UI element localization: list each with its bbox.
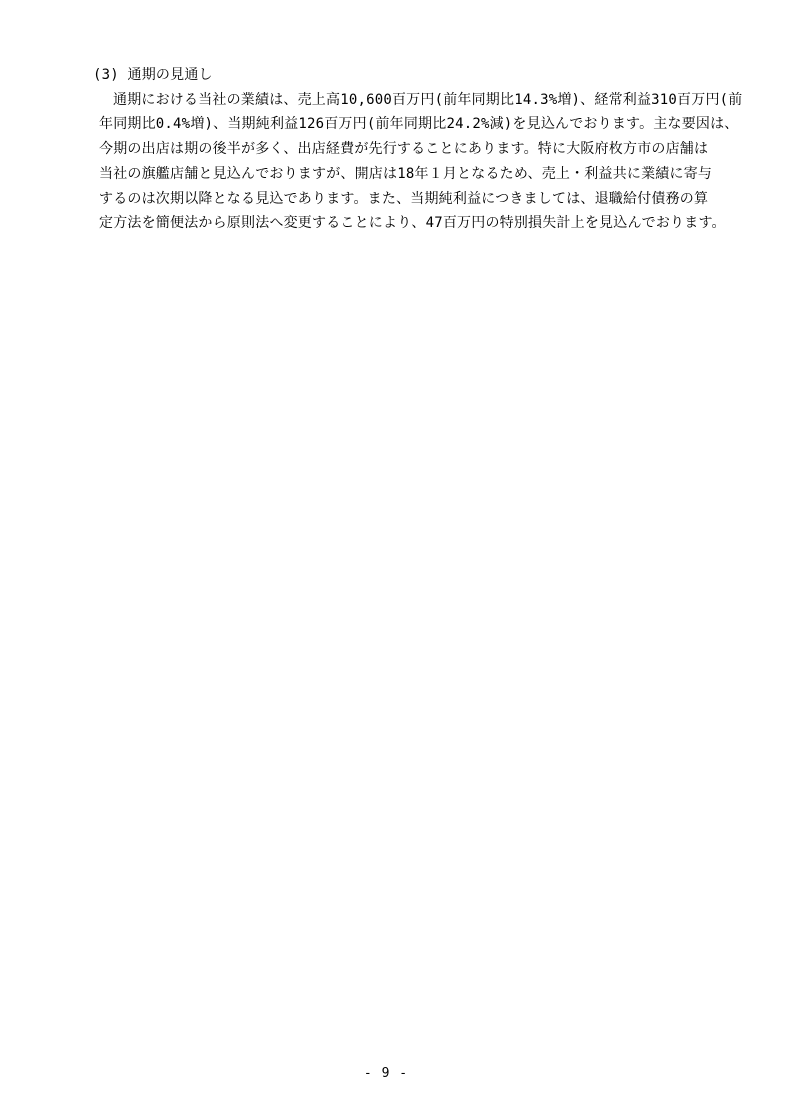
page-content: (3) 通期の見通し 通期における当社の業績は、売上高10,600百万円(前年同… [0,0,790,236]
paragraph-line: 通期における当社の業績は、売上高10,600百万円(前年同期比14.3%増)、経… [99,88,710,113]
paragraph-line: するのは次期以降となる見込であります。また、当期純利益につきましては、退職給付債… [99,187,710,212]
page-number: - 9 - [0,1061,781,1086]
paragraph-line: 定方法を簡便法から原則法へ変更することにより、47百万円の特別損失計上を見込んで… [99,211,710,236]
section-heading: (3) 通期の見通し [93,63,710,88]
paragraph-line: 当社の旗艦店舗と見込んでおりますが、開店は18年１月となるため、売上・利益共に業… [99,162,710,187]
document-page: (3) 通期の見通し 通期における当社の業績は、売上高10,600百万円(前年同… [0,0,790,1118]
paragraph-line: 年同期比0.4%増)、当期純利益126百万円(前年同期比24.2%減)を見込んで… [99,112,710,137]
body-paragraph: 通期における当社の業績は、売上高10,600百万円(前年同期比14.3%増)、経… [99,88,710,236]
paragraph-line: 今期の出店は期の後半が多く、出店経費が先行することにあります。特に大阪府枚方市の… [99,137,710,162]
